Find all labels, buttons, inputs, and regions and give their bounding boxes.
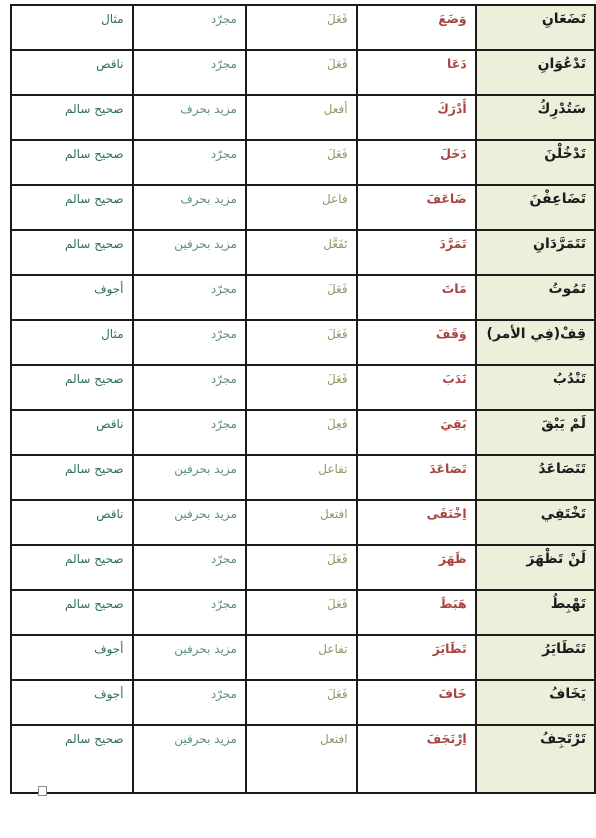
cell-verb-form: تَدْعُوَانِ — [476, 50, 595, 95]
cell-derivation: مزيد بحرفين — [133, 455, 246, 500]
table-row: تَهْبِطُ هَبَطَ فَعَلَ مجرّد صحيح سالم — [11, 590, 595, 635]
cell-derivation: مجرّد — [133, 5, 246, 50]
cell-pattern: أفعل — [246, 95, 357, 140]
cell-verb-form: تَهْبِطُ — [476, 590, 595, 635]
cell-derivation: مجرّد — [133, 140, 246, 185]
cell-base-verb: نَدَبَ — [357, 365, 476, 410]
cell-pattern: فَعَلَ — [246, 5, 357, 50]
cell-verb-type: أجوف — [11, 680, 133, 725]
cell-pattern: تفاعل — [246, 455, 357, 500]
cell-base-verb: هَبَطَ — [357, 590, 476, 635]
table-row: تَدْعُوَانِ دَعَا فَعَلَ مجرّد ناقص — [11, 50, 595, 95]
table-row: لَنْ تَظْهَرَ ظَهَرَ فَعَلَ مجرّد صحيح س… — [11, 545, 595, 590]
cell-verb-type: صحيح سالم — [11, 365, 133, 410]
cell-derivation: مجرّد — [133, 275, 246, 320]
table-row: تَخْتَفِي اِخْتَفَى افتعل مزيد بحرفين نا… — [11, 500, 595, 545]
table-body: تَضَعَانِ وَضَعَ فَعَلَ مجرّد مثال تَدْع… — [11, 5, 595, 793]
table-row: تَتَطَايَرُ تَطَايَرَ تفاعل مزيد بحرفين … — [11, 635, 595, 680]
cell-verb-type: مثال — [11, 320, 133, 365]
table-row: تَضَعَانِ وَضَعَ فَعَلَ مجرّد مثال — [11, 5, 595, 50]
cell-base-verb: اِخْتَفَى — [357, 500, 476, 545]
cell-verb-form: تَدْخُلْنَ — [476, 140, 595, 185]
cell-derivation: مجرّد — [133, 50, 246, 95]
cell-derivation: مجرّد — [133, 590, 246, 635]
cell-pattern: فَعَلَ — [246, 275, 357, 320]
cell-verb-form: يَخَافُ — [476, 680, 595, 725]
cell-derivation: مجرّد — [133, 545, 246, 590]
cell-derivation: مزيد بحرفين — [133, 500, 246, 545]
cell-verb-type: صحيح سالم — [11, 230, 133, 275]
cell-verb-type: أجوف — [11, 275, 133, 320]
cell-derivation: مزيد بحرف — [133, 95, 246, 140]
cell-verb-form: تَتَمَرَّدَانِ — [476, 230, 595, 275]
cell-base-verb: ظَهَرَ — [357, 545, 476, 590]
document-page: تَضَعَانِ وَضَعَ فَعَلَ مجرّد مثال تَدْع… — [0, 0, 596, 838]
table-row: تَتَمَرَّدَانِ تَمَرَّدَ تَفَعَّل مزيد ب… — [11, 230, 595, 275]
cell-pattern: فاعل — [246, 185, 357, 230]
verb-analysis-table: تَضَعَانِ وَضَعَ فَعَلَ مجرّد مثال تَدْع… — [10, 4, 596, 794]
table-row: سَتُدْرِكُ أَدْرَكَ أفعل مزيد بحرف صحيح … — [11, 95, 595, 140]
cell-verb-form: تَنْدُبُ — [476, 365, 595, 410]
cell-verb-form: تَرْتَجِفُ — [476, 725, 595, 793]
cell-base-verb: تَمَرَّدَ — [357, 230, 476, 275]
cell-verb-type: صحيح سالم — [11, 725, 133, 793]
table-row: لَمْ يَبْقَ بَقِيَ فَعِلَ مجرّد ناقص — [11, 410, 595, 455]
cell-base-verb: بَقِيَ — [357, 410, 476, 455]
cell-derivation: مجرّد — [133, 320, 246, 365]
cell-verb-form: تَمُوتُ — [476, 275, 595, 320]
cell-base-verb: اِرْتَجَفَ — [357, 725, 476, 793]
cell-pattern: فَعَلَ — [246, 545, 357, 590]
cell-derivation: مزيد بحرفين — [133, 230, 246, 275]
cell-verb-form: تَتَصَاعَدُ — [476, 455, 595, 500]
cell-pattern: فَعَلَ — [246, 680, 357, 725]
cell-derivation: مزيد بحرفين — [133, 725, 246, 793]
cell-verb-type: صحيح سالم — [11, 185, 133, 230]
cell-pattern: فَعِلَ — [246, 410, 357, 455]
cell-verb-form: تَتَطَايَرُ — [476, 635, 595, 680]
table-row: يَخَافُ خَافَ فَعَلَ مجرّد أجوف — [11, 680, 595, 725]
cell-pattern: تفاعل — [246, 635, 357, 680]
cell-derivation: مزيد بحرف — [133, 185, 246, 230]
cell-base-verb: خَافَ — [357, 680, 476, 725]
cell-base-verb: دَخَلَ — [357, 140, 476, 185]
cell-base-verb: دَعَا — [357, 50, 476, 95]
table-row: تَدْخُلْنَ دَخَلَ فَعَلَ مجرّد صحيح سالم — [11, 140, 595, 185]
cell-base-verb: وَضَعَ — [357, 5, 476, 50]
cell-verb-type: صحيح سالم — [11, 545, 133, 590]
cell-pattern: فَعَلَ — [246, 140, 357, 185]
cell-base-verb: مَاتَ — [357, 275, 476, 320]
table-row: تَنْدُبُ نَدَبَ فَعَلَ مجرّد صحيح سالم — [11, 365, 595, 410]
table-row: تَتَصَاعَدُ تَصَاعَدَ تفاعل مزيد بحرفين … — [11, 455, 595, 500]
cell-pattern: فَعَلَ — [246, 50, 357, 95]
cell-base-verb: ضَاعَفَ — [357, 185, 476, 230]
cell-verb-type: صحيح سالم — [11, 95, 133, 140]
cell-verb-form: لَنْ تَظْهَرَ — [476, 545, 595, 590]
cell-verb-form: تَضَاعِفْنَ — [476, 185, 595, 230]
cell-verb-form: لَمْ يَبْقَ — [476, 410, 595, 455]
cell-verb-type: صحيح سالم — [11, 140, 133, 185]
cell-verb-form: قِفْ(فِي الأمر) — [476, 320, 595, 365]
cell-pattern: تَفَعَّل — [246, 230, 357, 275]
cell-pattern: افتعل — [246, 500, 357, 545]
cell-verb-type: صحيح سالم — [11, 590, 133, 635]
table-row: تَرْتَجِفُ اِرْتَجَفَ افتعل مزيد بحرفين … — [11, 725, 595, 793]
cell-pattern: فَعَلَ — [246, 365, 357, 410]
cell-pattern: فَعَلَ — [246, 590, 357, 635]
cell-base-verb: تَطَايَرَ — [357, 635, 476, 680]
empty-paragraph-marker-box — [38, 786, 47, 796]
cell-derivation: مجرّد — [133, 365, 246, 410]
cell-derivation: مجرّد — [133, 410, 246, 455]
cell-base-verb: أَدْرَكَ — [357, 95, 476, 140]
cell-pattern: افتعل — [246, 725, 357, 793]
cell-verb-form: سَتُدْرِكُ — [476, 95, 595, 140]
cell-verb-type: مثال — [11, 5, 133, 50]
cell-verb-type: ناقص — [11, 50, 133, 95]
cell-derivation: مزيد بحرفين — [133, 635, 246, 680]
cell-verb-type: أجوف — [11, 635, 133, 680]
table-row: تَمُوتُ مَاتَ فَعَلَ مجرّد أجوف — [11, 275, 595, 320]
cell-verb-type: ناقص — [11, 500, 133, 545]
cell-verb-type: صحيح سالم — [11, 455, 133, 500]
cell-verb-form: تَخْتَفِي — [476, 500, 595, 545]
cell-derivation: مجرّد — [133, 680, 246, 725]
cell-base-verb: تَصَاعَدَ — [357, 455, 476, 500]
table-row: تَضَاعِفْنَ ضَاعَفَ فاعل مزيد بحرف صحيح … — [11, 185, 595, 230]
cell-base-verb: وَقَفَ — [357, 320, 476, 365]
cell-pattern: فَعَلَ — [246, 320, 357, 365]
table-row: قِفْ(فِي الأمر) وَقَفَ فَعَلَ مجرّد مثال — [11, 320, 595, 365]
cell-verb-form: تَضَعَانِ — [476, 5, 595, 50]
cell-verb-type: ناقص — [11, 410, 133, 455]
